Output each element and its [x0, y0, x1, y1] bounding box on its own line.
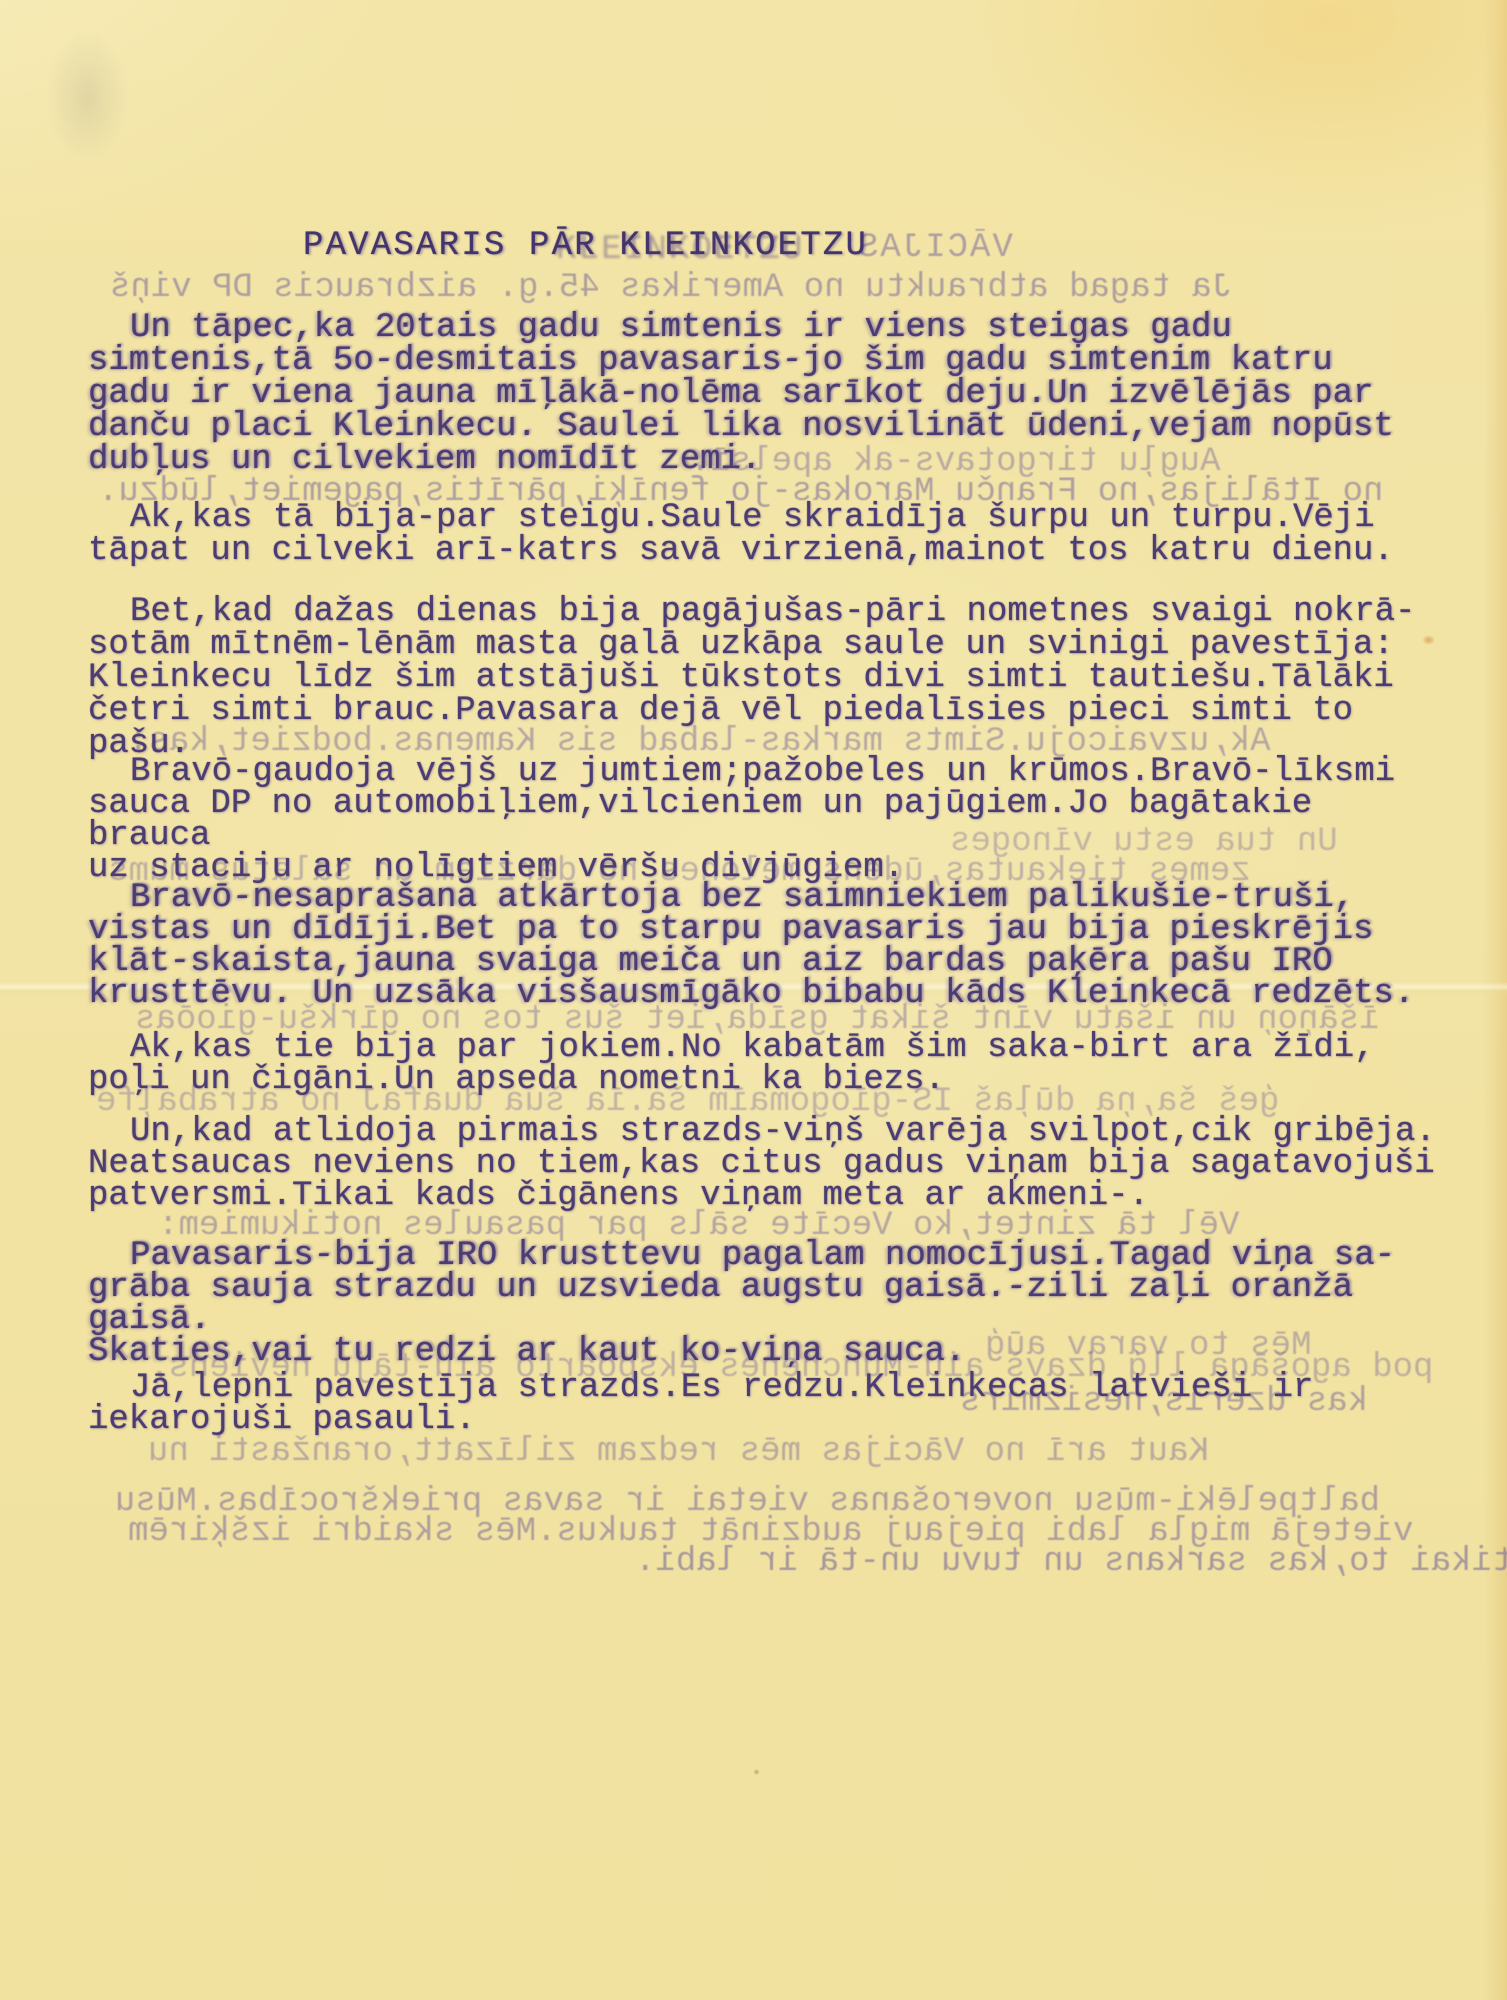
typewritten-page: Ja tagad atbrauktu no Amerikas 45.g. aiz… [0, 0, 1507, 2000]
paragraph-6: Ak,kas tie bija par jokiem.No kabatām ši… [88, 1032, 1438, 1096]
document-title: PAVASARIS PĀR KLEINKOETZU [303, 226, 868, 266]
paragraph-9: Jā,lepni pavestīja strazds.Es redzu.Klei… [88, 1372, 1438, 1436]
paragraph-7: Un,kad atlidoja pirmais strazds-viņš var… [88, 1116, 1438, 1212]
paragraph-8: Pavasaris-bija IRO krusttevu pagalam nom… [88, 1240, 1438, 1368]
paragraph-1: Un tāpec,ka 20tais gadu simtenis ir vien… [88, 312, 1438, 477]
paragraph-3: Bet,kad dažas dienas bija pagājušas-pāri… [88, 596, 1438, 761]
ghost-line-13: Kaut arī no Vācijas mēs redzam zilīzatt,… [148, 1436, 1209, 1469]
paragraph-4: Bravō-gaudoja vējš uz jumtiem;pažobeles … [88, 756, 1438, 884]
title-bleed-ghost: VĀCIJAS [856, 229, 1013, 267]
paragraph-2: Ak,kas tā bija-par steigu.Saule skraidīj… [88, 502, 1438, 568]
ghost-line-1: Ja tagad atbrauktu no Amerikas 45.g. aiz… [110, 272, 1232, 305]
ghost-line-16: tikai to,kas sarkans un tuvu un-tā ir la… [635, 1546, 1507, 1579]
paragraph-5: Bravō-nesaprašana atkārtoja bez saimniek… [88, 882, 1438, 1010]
